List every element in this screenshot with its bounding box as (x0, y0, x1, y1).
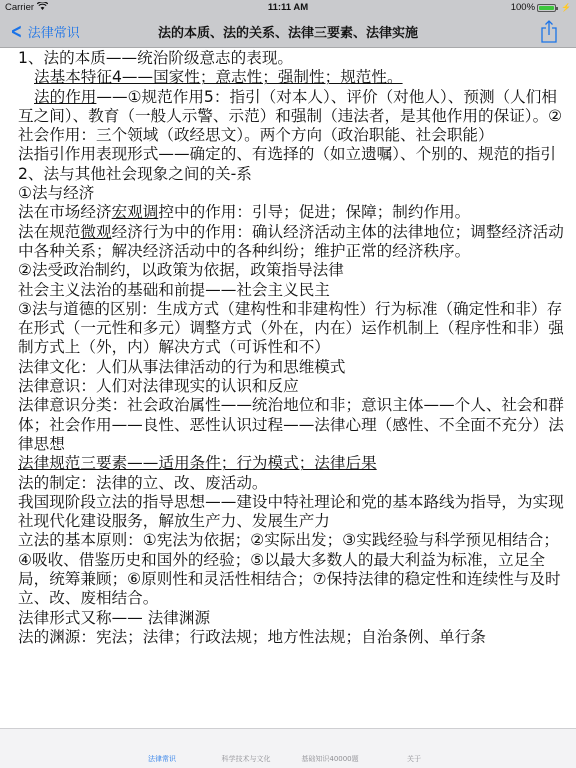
paragraph: 我国现阶段立法的指导思想——建设中特社理论和党的基本路线为指导，为实现社现代化建… (18, 493, 568, 532)
paragraph: ③法与道德的区别：生成方式（建构性和非建构性）行为标准（确定性和非）存在形式（一… (18, 300, 568, 358)
paragraph: 法在市场经济宏观调控中的作用：引导；促进；保障；制约作用。 (18, 203, 568, 222)
charging-icon: ⚡ (561, 3, 571, 12)
tab-about[interactable]: 关于 (372, 754, 456, 764)
share-button[interactable] (540, 19, 558, 43)
paragraph: 法律形式又称—— 法律渊源 (18, 609, 568, 628)
paragraph: ②法受政治制约，以政策为依据，政策指导法律 (18, 261, 568, 280)
section-heading: 2、法与其他社会现象之间的关-系 (18, 165, 568, 184)
text: 法指引作用表现形式——确定的、有选择的（如立遗嘱）、个别的、规范的指引 (18, 145, 556, 163)
carrier-label: Carrier (5, 2, 34, 13)
text: 控中的作用：引导；促进；保障；制约作用。 (158, 203, 470, 221)
paragraph: 法指引作用表现形式——确定的、有选择的（如立遗嘱）、个别的、规范的指引 (18, 145, 568, 164)
chevron-left-icon: < (11, 21, 23, 41)
underlined-text: 微观 (80, 223, 111, 241)
text: 法在市场经济 (18, 203, 112, 221)
paragraph: 社会主义法治的基础和前提——社会主义民主 (18, 281, 568, 300)
paragraph: 法的制定：法律的立、改、废活动。 (18, 474, 568, 493)
status-right: 100% ⚡ (511, 2, 571, 13)
paragraph: ①法与经济 (18, 184, 568, 203)
battery-icon (537, 4, 556, 12)
paragraph: 法的作用——①规范作用5：指引（对本人）、评价（对他人）、预测（人们相互之间）、… (18, 88, 568, 146)
tab-legal-knowledge[interactable]: 法律常识 (120, 754, 204, 764)
navigation-bar: < 法律常识 法的本质、法的关系、法律三要素、法律实施 (0, 15, 576, 48)
back-button[interactable]: < 法律常识 (0, 21, 80, 41)
text: 法在规范 (18, 223, 80, 241)
share-icon (540, 19, 558, 43)
paragraph: 立法的基本原则：①宪法为依据；②实际出发；③实践经验与科学预见相结合；④吸收、借… (18, 531, 568, 608)
wifi-icon (37, 2, 48, 13)
tab-basic-knowledge-quiz[interactable]: 基础知识40000题 (288, 754, 372, 764)
underlined-text: 宏观调 (112, 203, 159, 221)
underlined-text: 法的作用 (34, 88, 96, 106)
underlined-text: 法基本特征4——国家性；意志性；强制性；规范性。 (34, 68, 403, 86)
paragraph: 法律意识：人们对法律现实的认识和反应 (18, 377, 568, 396)
paragraph: 法在规范微观经济行为中的作用：确认经济活动主体的法律地位；调整经济活动中各种关系… (18, 223, 568, 262)
tab-bar: 法律常识 科学技术与文化 基础知识40000题 关于 (0, 728, 576, 768)
paragraph: 法律意识分类：社会政治属性——统治地位和非；意识主体——个人、社会和群体；社会作… (18, 396, 568, 454)
status-bar: Carrier 11:11 AM 100% ⚡ (0, 0, 576, 15)
paragraph: 法的渊源：宪法；法律；行政法规；地方性法规；自治条例、单行条 (18, 628, 568, 647)
tab-science-culture[interactable]: 科学技术与文化 (204, 754, 288, 764)
paragraph: 法基本特征4——国家性；意志性；强制性；规范性。 (18, 68, 568, 87)
page-title: 法的本质、法的关系、法律三要素、法律实施 (0, 22, 576, 41)
paragraph: 法律规范三要素——适用条件；行为模式；法律后果 (18, 454, 568, 473)
status-left: Carrier (5, 2, 511, 13)
back-button-label: 法律常识 (28, 22, 80, 41)
paragraph: 1、法的本质——统治阶级意志的表现。 (18, 49, 568, 68)
article-content[interactable]: 1、法的本质——统治阶级意志的表现。 法基本特征4——国家性；意志性；强制性；规… (0, 49, 576, 730)
battery-percent: 100% (511, 2, 535, 13)
paragraph: 法律文化：人们从事法律活动的行为和思维模式 (18, 358, 568, 377)
underlined-text: 法律规范三要素——适用条件；行为模式；法律后果 (18, 454, 377, 472)
text: ——①规范作用5：指引（对本人）、评价（对他人）、预测（人们相互之间）、教育（一… (18, 88, 562, 145)
